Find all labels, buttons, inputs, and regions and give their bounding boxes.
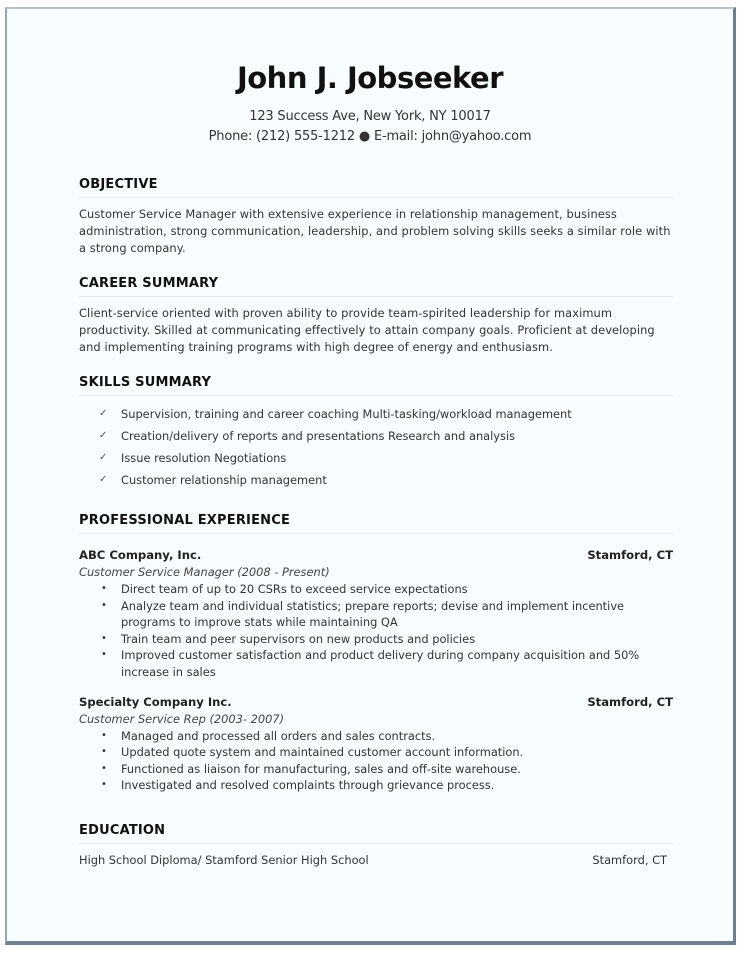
job-header: Specialty Company Inc. Stamford, CT — [79, 695, 673, 709]
section-heading: OBJECTIVE — [79, 177, 673, 198]
section-heading: SKILLS SUMMARY — [79, 375, 673, 396]
contact-line: Phone: (212) 555-1212 ● E-mail: john@yah… — [7, 129, 733, 144]
check-icon: ✓ — [79, 469, 121, 491]
company-name: Specialty Company Inc. — [79, 695, 232, 709]
job-header: ABC Company, Inc. Stamford, CT — [79, 548, 673, 562]
section-heading: CAREER SUMMARY — [79, 276, 673, 297]
list-item: ✓Customer relationship management — [79, 469, 673, 491]
list-item: •Functioned as liaison for manufacturing… — [79, 761, 673, 778]
job-title: Customer Service Manager (2008 - Present… — [79, 565, 673, 579]
education-location: Stamford, CT — [592, 853, 667, 867]
objective-section: OBJECTIVE Customer Service Manager with … — [79, 177, 673, 257]
experience-section: PROFESSIONAL EXPERIENCE ABC Company, Inc… — [79, 513, 673, 794]
bullet-icon: • — [79, 728, 121, 745]
skills-list: ✓Supervision, training and career coachi… — [79, 403, 673, 491]
list-item: ✓Creation/delivery of reports and presen… — [79, 425, 673, 447]
section-heading: PROFESSIONAL EXPERIENCE — [79, 513, 673, 534]
job-bullets: •Direct team of up to 20 CSRs to exceed … — [79, 581, 673, 681]
check-icon: ✓ — [79, 425, 121, 447]
list-item: •Train team and peer supervisors on new … — [79, 631, 673, 648]
degree: High School Diploma/ Stamford Senior Hig… — [79, 853, 369, 867]
list-item: •Improved customer satisfaction and prod… — [79, 647, 673, 680]
list-item: •Investigated and resolved complaints th… — [79, 777, 673, 794]
education-row: High School Diploma/ Stamford Senior Hig… — [79, 853, 673, 867]
bullet-icon: • — [79, 761, 121, 778]
education-section: EDUCATION High School Diploma/ Stamford … — [79, 823, 673, 867]
list-item: ✓Issue resolution Negotiations — [79, 447, 673, 469]
candidate-name: John J. Jobseeker — [7, 61, 733, 95]
check-icon: ✓ — [79, 447, 121, 469]
list-item: •Managed and processed all orders and sa… — [79, 728, 673, 745]
list-item: •Updated quote system and maintained cus… — [79, 744, 673, 761]
section-heading: EDUCATION — [79, 823, 673, 844]
bullet-icon: • — [79, 581, 121, 598]
objective-text: Customer Service Manager with extensive … — [79, 206, 673, 257]
list-item: •Direct team of up to 20 CSRs to exceed … — [79, 581, 673, 598]
job-location: Stamford, CT — [587, 695, 673, 709]
job-bullets: •Managed and processed all orders and sa… — [79, 728, 673, 794]
bullet-icon: • — [79, 647, 121, 680]
job-location: Stamford, CT — [587, 548, 673, 562]
career-summary-text: Client-service oriented with proven abil… — [79, 305, 673, 356]
list-item: •Analyze team and individual statistics;… — [79, 598, 673, 631]
bullet-icon: • — [79, 631, 121, 648]
resume-page: John J. Jobseeker 123 Success Ave, New Y… — [5, 7, 736, 945]
bullet-icon: • — [79, 744, 121, 761]
company-name: ABC Company, Inc. — [79, 548, 201, 562]
skills-summary-section: SKILLS SUMMARY ✓Supervision, training an… — [79, 375, 673, 491]
career-summary-section: CAREER SUMMARY Client-service oriented w… — [79, 276, 673, 356]
bullet-icon: • — [79, 598, 121, 631]
check-icon: ✓ — [79, 403, 121, 425]
bullet-icon: • — [79, 777, 121, 794]
job-title: Customer Service Rep (2003- 2007) — [79, 712, 673, 726]
address: 123 Success Ave, New York, NY 10017 — [7, 109, 733, 124]
list-item: ✓Supervision, training and career coachi… — [79, 403, 673, 425]
